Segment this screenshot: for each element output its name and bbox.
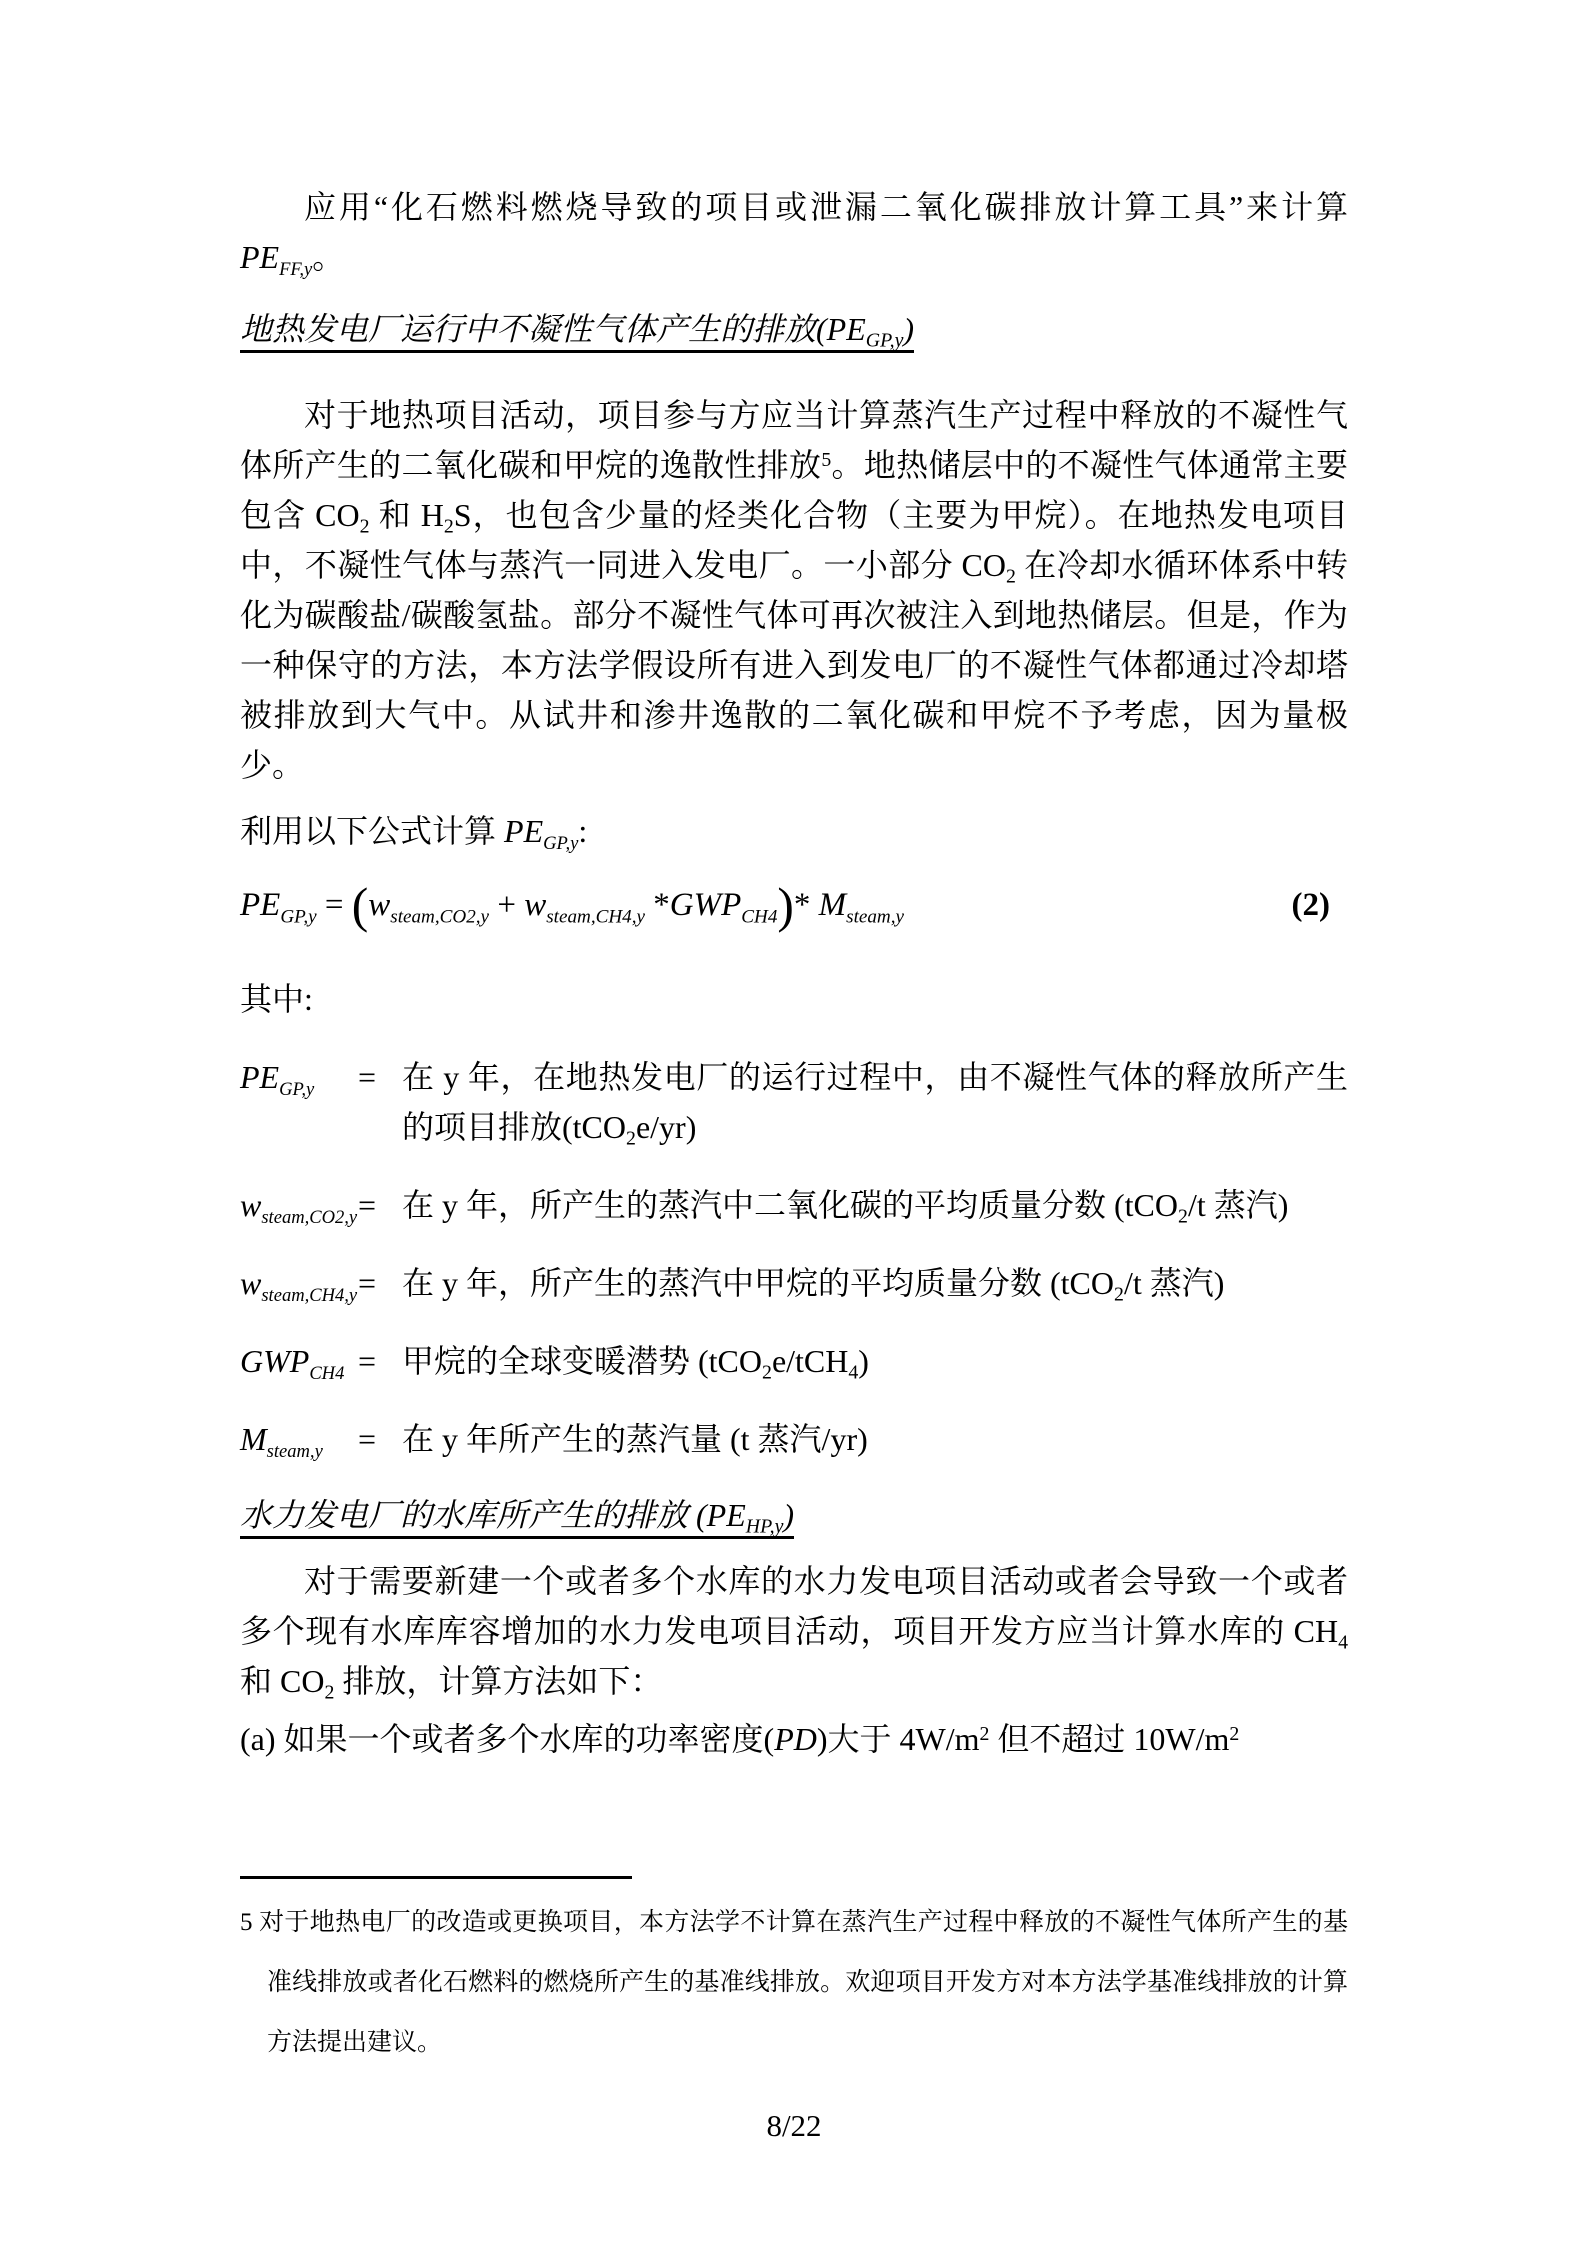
document-page: 应用“化石燃料燃烧导致的项目或泄漏二氧化碳排放计算工具”来计算 PEFF,y。 … bbox=[0, 0, 1588, 2245]
definition-row-pe-gp: PEGP,y = 在 y 年，在地热发电厂的运行过程中，由不凝性气体的释放所产生… bbox=[240, 1052, 1348, 1152]
definition-row-w-steam-ch4: wsteam,CH4,y = 在 y 年，所产生的蒸汽中甲烷的平均质量分数 (t… bbox=[240, 1258, 1348, 1308]
definition-description: 在 y 年，所产生的蒸汽中二氧化碳的平均质量分数 (tCO2/t 蒸汽) bbox=[402, 1180, 1348, 1230]
equation-number: (2) bbox=[1292, 866, 1330, 944]
equals-sign: = bbox=[358, 1336, 402, 1386]
definition-term: Msteam,y bbox=[240, 1414, 358, 1464]
definition-row-gwp-ch4: GWPCH4 = 甲烷的全球变暖潜势 (tCO2e/tCH4) bbox=[240, 1336, 1348, 1386]
definition-term: GWPCH4 bbox=[240, 1336, 358, 1386]
footnote-5: 5 对于地热电厂的改造或更换项目，本方法学不计算在蒸汽生产过程中释放的不凝性气体… bbox=[240, 1893, 1348, 2073]
equals-sign: = bbox=[358, 1052, 402, 1152]
equals-sign: = bbox=[358, 1258, 402, 1308]
definition-term: wsteam,CH4,y bbox=[240, 1258, 358, 1308]
paragraph-geothermal: 对于地热项目活动，项目参与方应当计算蒸汽生产过程中释放的不凝性气体所产生的二氧化… bbox=[240, 390, 1348, 790]
formula-intro: 利用以下公式计算 PEGP,y: bbox=[240, 806, 1348, 856]
page-number: 8/22 bbox=[0, 2108, 1588, 2144]
equation-2: PEGP,y = (wsteam,CO2,y + wsteam,CH4,y *G… bbox=[240, 866, 1348, 944]
footnote-separator bbox=[240, 1876, 632, 1879]
equals-sign: = bbox=[358, 1180, 402, 1230]
equation-expression: PEGP,y = (wsteam,CO2,y + wsteam,CH4,y *G… bbox=[240, 887, 904, 923]
definition-description: 甲烷的全球变暖潜势 (tCO2e/tCH4) bbox=[402, 1336, 1348, 1386]
paragraph-hydro: 对于需要新建一个或者多个水库的水力发电项目活动或者会导致一个或者多个现有水库库容… bbox=[240, 1556, 1348, 1706]
definition-description: 在 y 年所产生的蒸汽量 (t 蒸汽/yr) bbox=[402, 1414, 1348, 1464]
definition-term: PEGP,y bbox=[240, 1052, 358, 1152]
definition-row-w-steam-co2: wsteam,CO2,y = 在 y 年，所产生的蒸汽中二氧化碳的平均质量分数 … bbox=[240, 1180, 1348, 1230]
definition-description: 在 y 年，在地热发电厂的运行过程中，由不凝性气体的释放所产生的项目排放(tCO… bbox=[402, 1052, 1348, 1152]
list-item-a: (a) 如果一个或者多个水库的功率密度(PD)大于 4W/m2 但不超过 10W… bbox=[240, 1714, 1348, 1764]
definitions-list: PEGP,y = 在 y 年，在地热发电厂的运行过程中，由不凝性气体的释放所产生… bbox=[240, 1052, 1348, 1464]
heading-geothermal-underline: 地热发电厂运行中不凝性气体产生的排放(PEGP,y) bbox=[240, 311, 914, 353]
definition-row-m-steam: Msteam,y = 在 y 年所产生的蒸汽量 (t 蒸汽/yr) bbox=[240, 1414, 1348, 1464]
definition-term: wsteam,CO2,y bbox=[240, 1180, 358, 1230]
heading-geothermal-ncg-emissions: 地热发电厂运行中不凝性气体产生的排放(PEGP,y) bbox=[240, 304, 1348, 354]
paragraph-intro: 应用“化石燃料燃烧导致的项目或泄漏二氧化碳排放计算工具”来计算 PEFF,y。 bbox=[240, 182, 1348, 282]
where-label: 其中: bbox=[240, 974, 1348, 1024]
heading-hydro-reservoir-emissions: 水力发电厂的水库所产生的排放 (PEHP,y) bbox=[240, 1490, 1348, 1540]
equals-sign: = bbox=[358, 1414, 402, 1464]
page-body: 应用“化石燃料燃烧导致的项目或泄漏二氧化碳排放计算工具”来计算 PEFF,y。 … bbox=[240, 182, 1348, 1764]
definition-description: 在 y 年，所产生的蒸汽中甲烷的平均质量分数 (tCO2/t 蒸汽) bbox=[402, 1258, 1348, 1308]
footnote-area: 5 对于地热电厂的改造或更换项目，本方法学不计算在蒸汽生产过程中释放的不凝性气体… bbox=[240, 1876, 1348, 2073]
heading-hydro-underline: 水力发电厂的水库所产生的排放 (PEHP,y) bbox=[240, 1497, 794, 1539]
